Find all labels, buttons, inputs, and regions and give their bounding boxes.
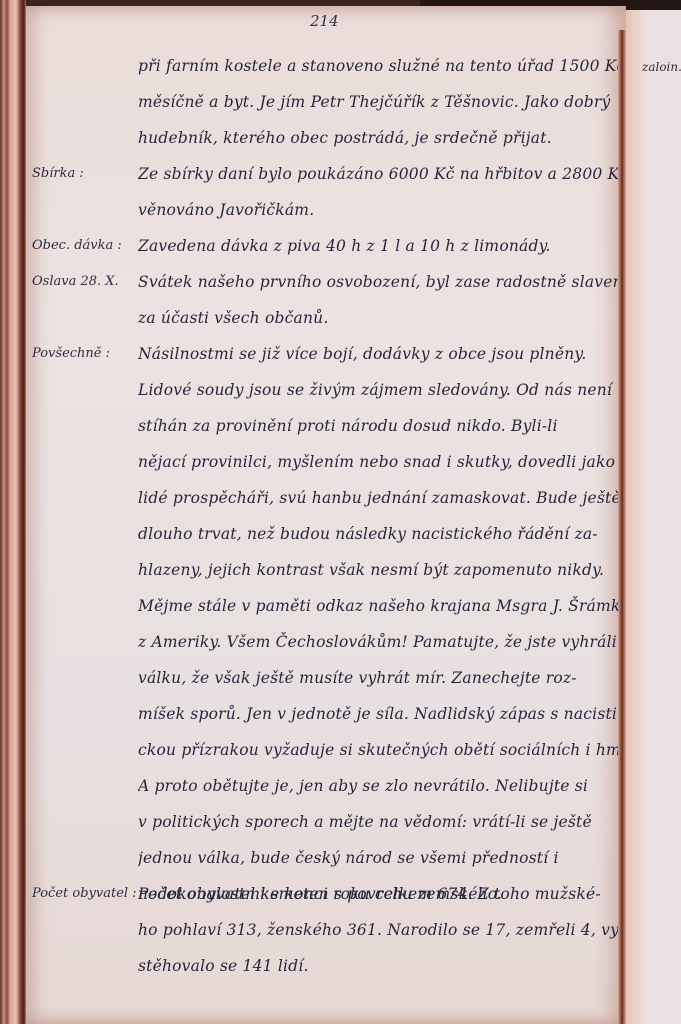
text-line: Ze sbírky daní bylo poukázáno 6000 Kč na… (138, 156, 618, 192)
entry-text: Ze sbírky daní bylo poukázáno 6000 Kč na… (138, 156, 618, 228)
entry-text: Počet obyvatel ke konci roku celkem 674.… (138, 876, 618, 984)
text-line: věnováno Javořičkám. (138, 192, 618, 228)
text-line: lidé prospěcháři, svú hanbu jednání zama… (138, 480, 618, 516)
entry-label: Oslava 28. X. (32, 274, 142, 289)
text-line: jednou válka, bude český národ se všemi … (138, 840, 618, 876)
page-number: 214 (310, 12, 339, 30)
entry-label: Sbírka : (32, 166, 142, 181)
text-line: Mějme stále v paměti odkaz našeho krajan… (138, 588, 618, 624)
entry-text: Svátek našeho prvního osvobození, byl za… (138, 264, 618, 336)
text-line: A proto obětujte je, jen aby se zlo nevr… (138, 768, 618, 804)
chronicle-page: 214 při farním kostele a stanoveno služn… (26, 6, 626, 1024)
entry-text: při farním kostele a stanoveno služné na… (138, 48, 618, 156)
facing-page-text: zaloin. (642, 60, 681, 74)
entry-label: Počet obyvatel : (32, 886, 142, 901)
text-line: ckou přízrakou vyžaduje si skutečných ob… (138, 732, 618, 768)
open-book: 214 při farním kostele a stanoveno služn… (0, 0, 681, 1024)
text-line: míšek sporů. Jen v jednotě je síla. Nadl… (138, 696, 618, 732)
entry-text: Násilnostmi se již více bojí, dodávky z … (138, 336, 618, 912)
text-line: ho pohlaví 313, ženského 361. Narodilo s… (138, 912, 618, 948)
text-line: stěhovalo se 141 lidí. (138, 948, 618, 984)
text-line: Lidové soudy jsou se živým zájmem sledov… (138, 372, 618, 408)
text-line: hlazeny, jejich kontrast však nesmí být … (138, 552, 618, 588)
text-line: nějací provinilci, myšlením nebo snad i … (138, 444, 618, 480)
text-line: za účasti všech občanů. (138, 300, 618, 336)
text-line: v politických sporech a mějte na vědomí:… (138, 804, 618, 840)
text-line: z Ameriky. Všem Čechoslovákům! Pamatujte… (138, 624, 618, 660)
book-gutter (618, 30, 626, 1024)
text-line: Zavedena dávka z piva 40 h z 1 l a 10 h … (138, 228, 618, 264)
page-stack-edge (0, 0, 26, 1024)
text-line: při farním kostele a stanoveno služné na… (138, 48, 618, 84)
text-line: hudebník, kterého obec postrádá, je srde… (138, 120, 618, 156)
text-line: Svátek našeho prvního osvobození, byl za… (138, 264, 618, 300)
text-line: Násilnostmi se již více bojí, dodávky z … (138, 336, 618, 372)
entry-text: Zavedena dávka z piva 40 h z 1 l a 10 h … (138, 228, 618, 264)
entry-label: Obec. dávka : (32, 238, 142, 253)
text-line: dlouho trvat, než budou následky nacisti… (138, 516, 618, 552)
facing-page-edge (626, 10, 681, 1024)
text-line: Počet obyvatel ke konci roku celkem 674.… (138, 876, 618, 912)
text-line: stíhán za provinění proti národu dosud n… (138, 408, 618, 444)
entry-label: Povšechně : (32, 346, 142, 361)
text-line: válku, že však ještě musíte vyhrát mír. … (138, 660, 618, 696)
text-line: měsíčně a byt. Je jím Petr Thejčúřík z T… (138, 84, 618, 120)
